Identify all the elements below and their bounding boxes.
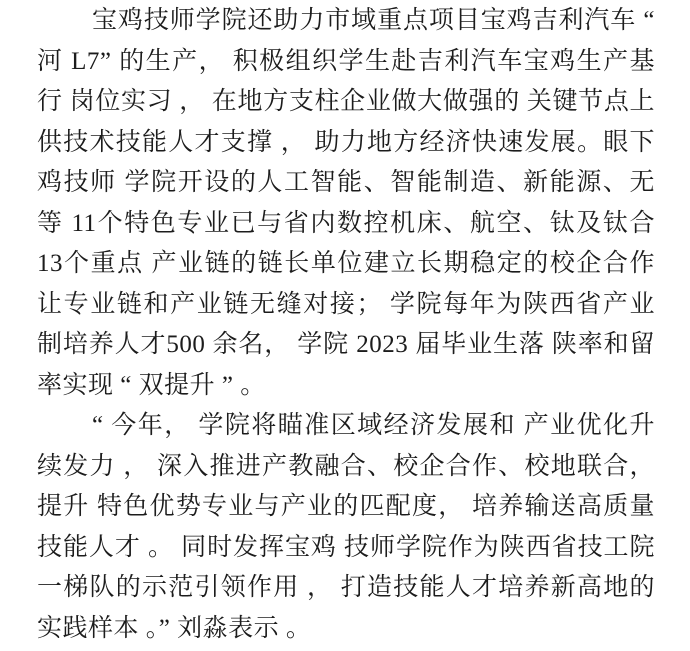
text-line: 续发力 ， 深入推进产教融合、校企合作、校地联合， 不断: [37, 447, 655, 488]
text-line: 河 L7” 的生产， 积极组织学生赴吉利汽车宝鸡生产基地进: [37, 42, 655, 83]
text-line: 等 11个特色专业已与省内数控机床、航空、钛及钛合金等: [37, 204, 655, 245]
text-line: 一梯队的示范引领作用 ， 打造技能人才培养新高地的陕西: [37, 568, 655, 609]
text-line: 制培养人才500 余名， 学院 2023 届毕业生落 陕率和留陕: [37, 325, 655, 366]
document-body: 宝鸡技师学院还助力市域重点项目宝鸡吉利汽车 “ 银河 L7” 的生产， 积极组织…: [37, 1, 655, 649]
text-line: 供技术技能人才支撑 ， 助力地方经济快速发展。眼下 ， 宝: [37, 123, 655, 164]
text-line: 宝鸡技师学院还助力市域重点项目宝鸡吉利汽车 “ 银: [37, 1, 655, 42]
text-line: 技能人才 。 同时发挥宝鸡 技师学院作为陕西省技工院校第: [37, 528, 655, 569]
text-line: 鸡技师 学院开设的人工智能、智能制造、新能源、无人机: [37, 163, 655, 204]
text-line: 实践样本 。” 刘淼表示 。: [37, 609, 655, 650]
text-line: 13个重点 产业链的链长单位建立长期稳定的校企合作关系，: [37, 244, 655, 285]
text-line: 率实现 “ 双提升 ” 。: [37, 366, 655, 407]
text-line: “ 今年， 学院将瞄准区域经济发展和 产业优化升级持: [37, 406, 655, 447]
text-line: 让专业链和产业链无缝对接； 学院每年为陕西省产业链条定: [37, 285, 655, 326]
text-line: 行 岗位实习 ， 在地方支柱企业做大做强的 关键节点上提: [37, 82, 655, 123]
text-line: 提升 特色优势专业与产业的匹配度， 培养输送高质量技术: [37, 487, 655, 528]
document-page: 宝鸡技师学院还助力市域重点项目宝鸡吉利汽车 “ 银河 L7” 的生产， 积极组织…: [0, 0, 690, 651]
